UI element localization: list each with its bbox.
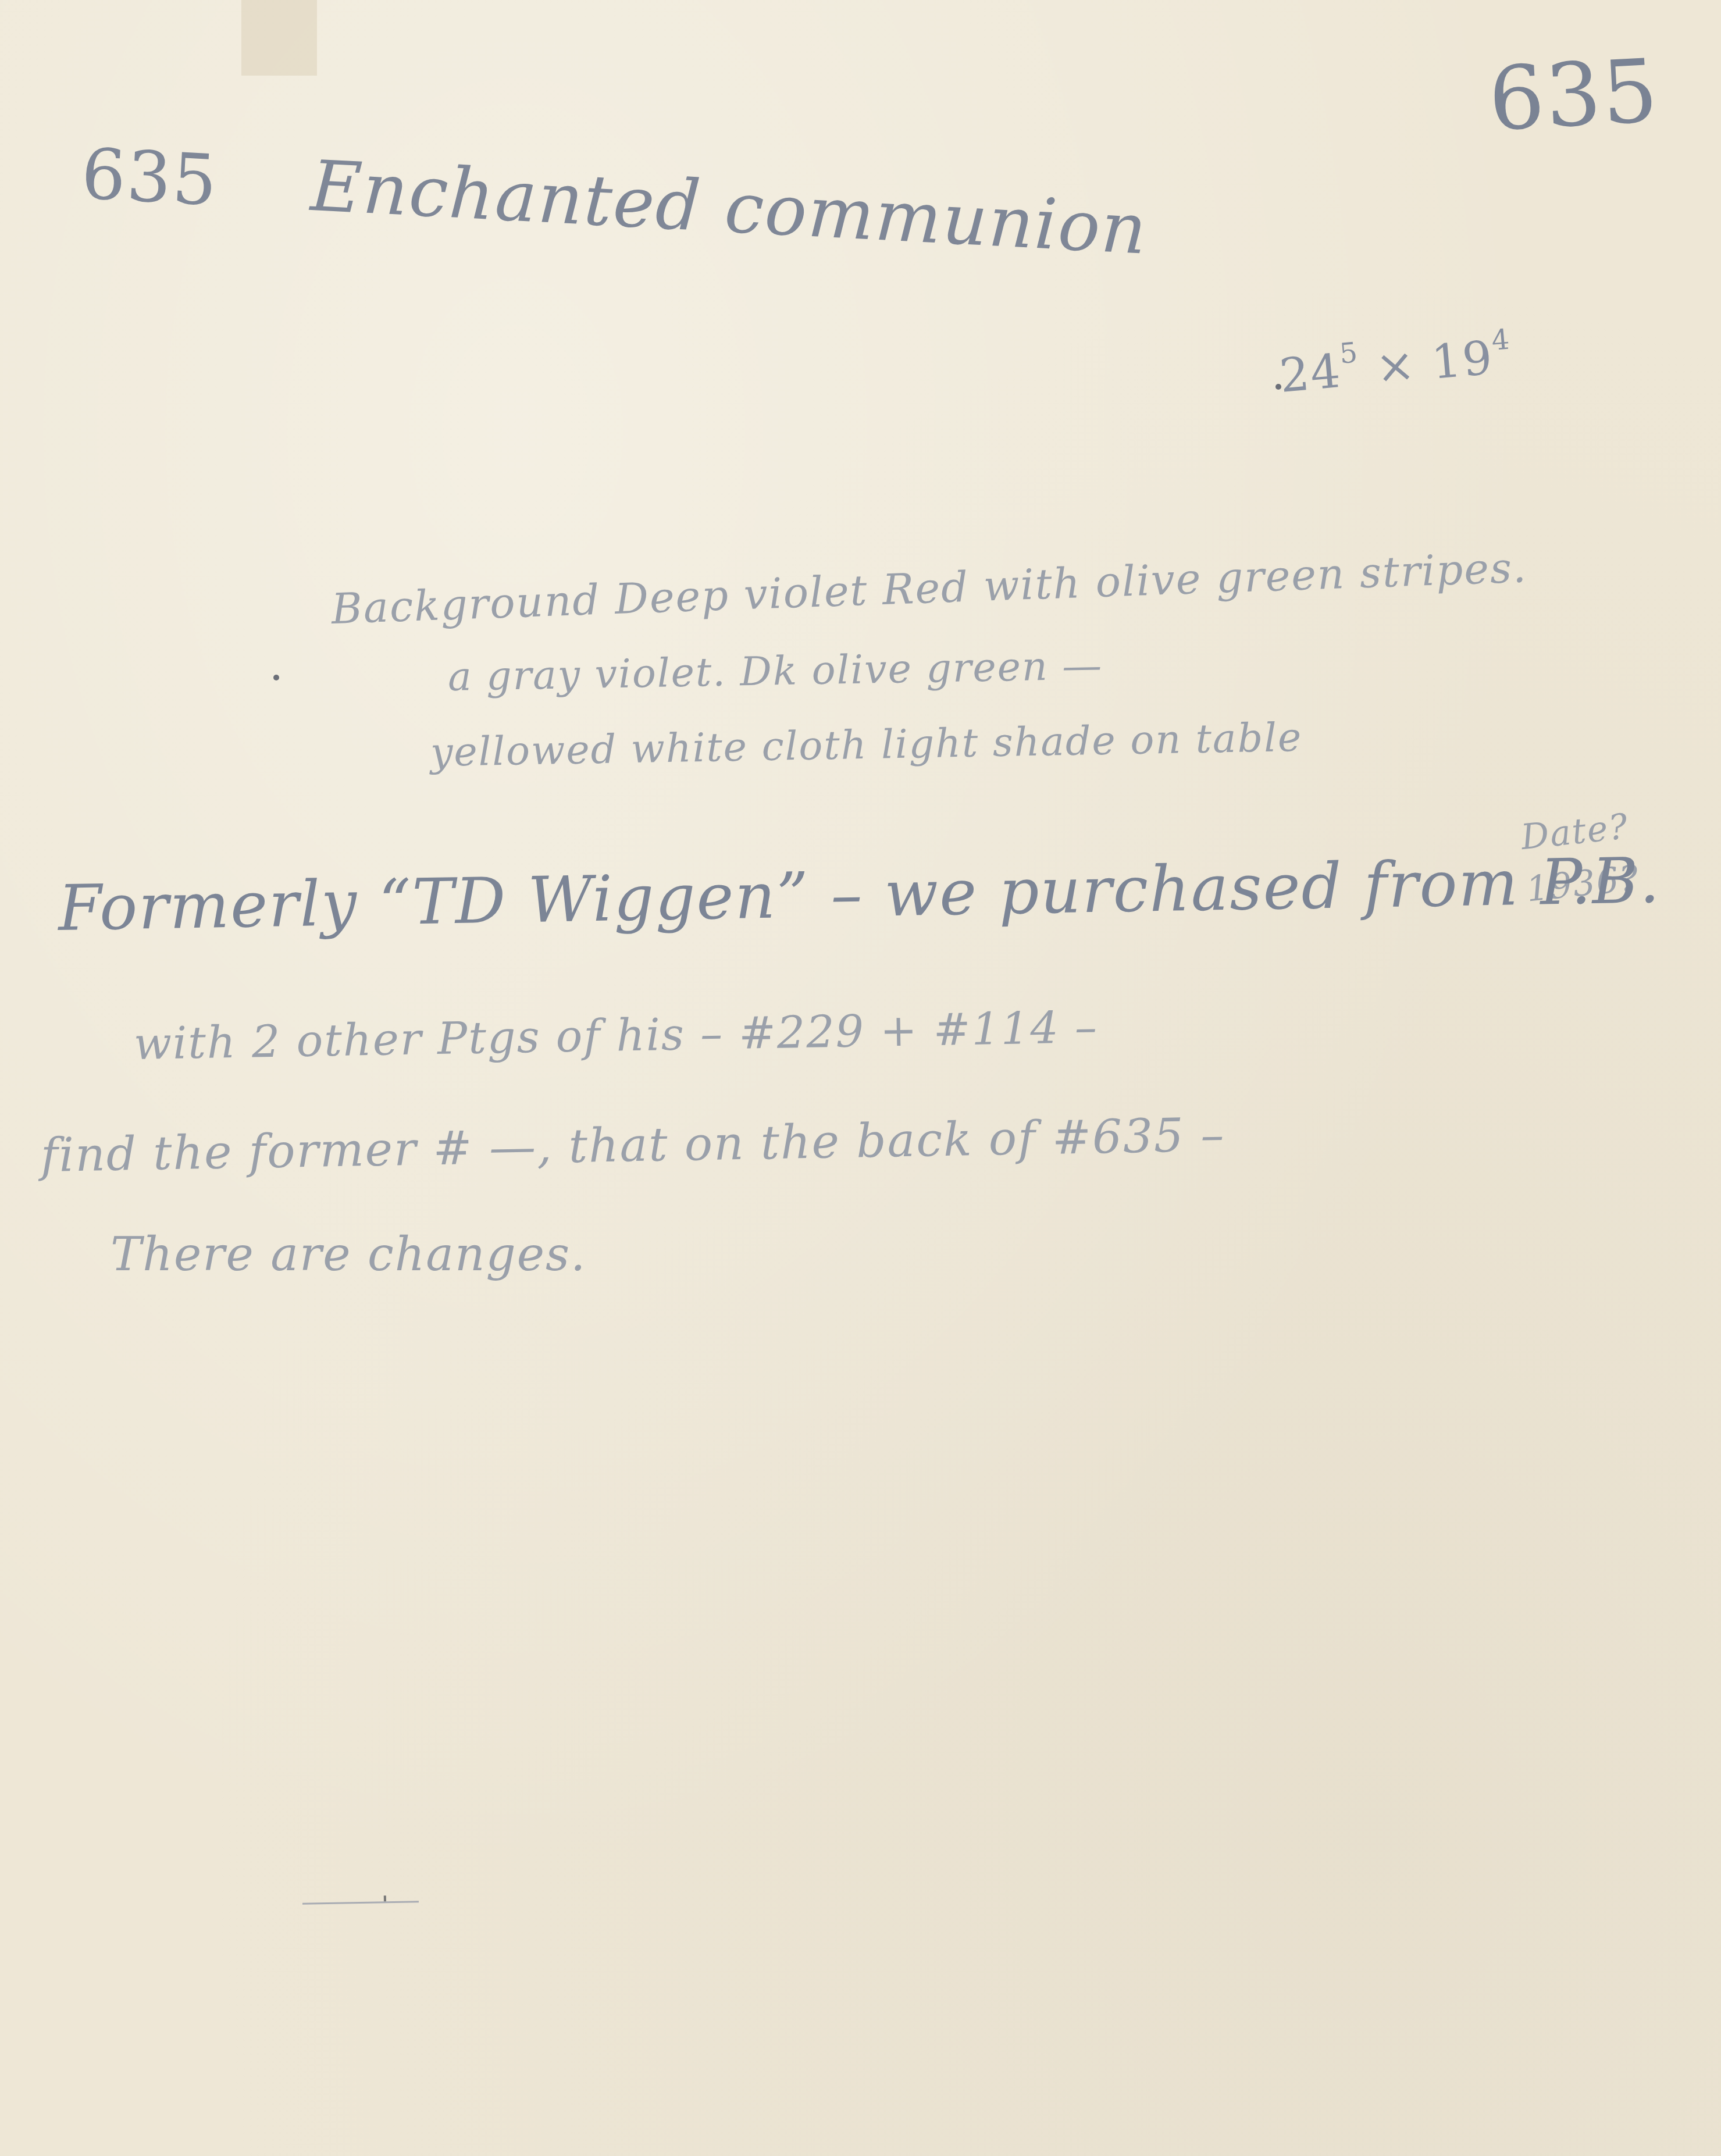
dimension-height: 19	[1430, 330, 1495, 390]
dimension-height-fraction: 4	[1490, 323, 1512, 357]
paper-background	[0, 0, 1721, 2156]
dimension-width-fraction: 5	[1338, 336, 1360, 370]
title-number: 635	[79, 134, 220, 222]
pencil-dot	[273, 675, 279, 680]
tape-strip	[241, 0, 317, 76]
provenance-note-4: There are changes.	[111, 1227, 587, 1281]
catalog-number-top-right: 635	[1486, 41, 1661, 151]
dimension-separator: ×	[1374, 337, 1419, 395]
dimension-width: 24	[1277, 344, 1343, 403]
